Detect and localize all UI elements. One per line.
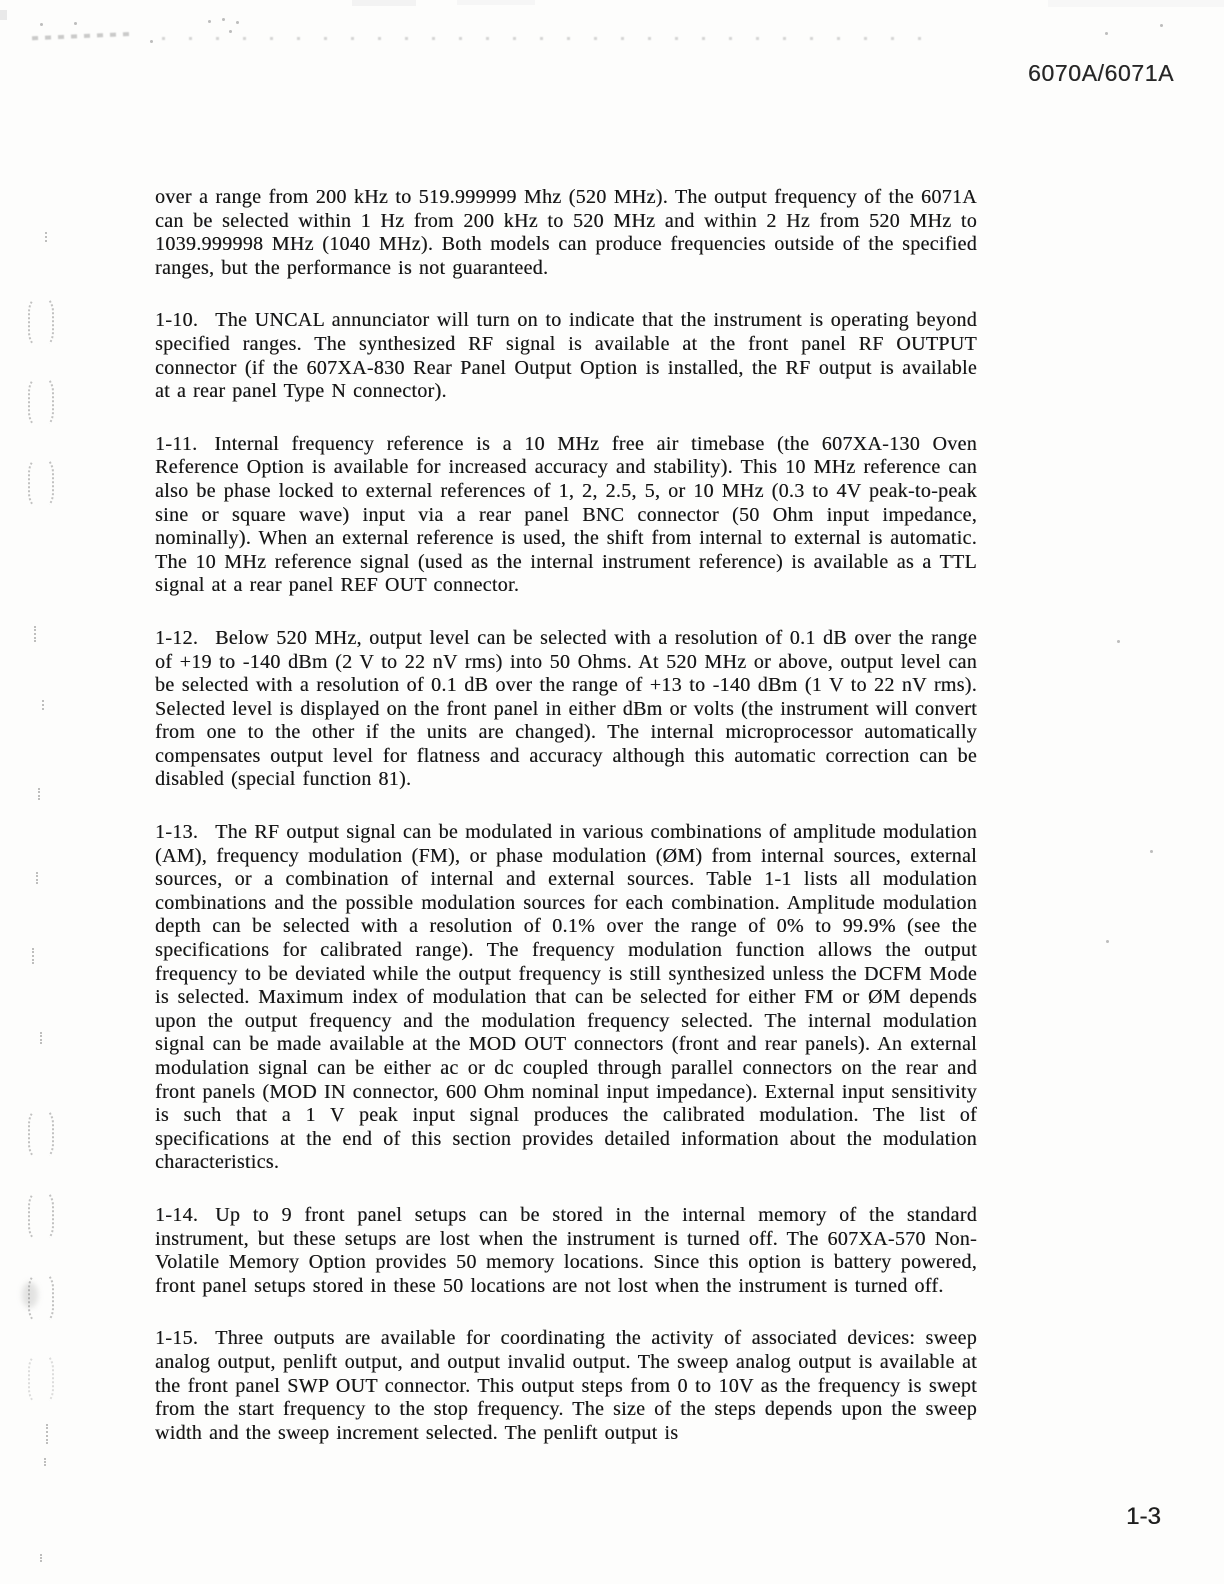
paragraph-text: Three outputs are available for coordina… [155, 1327, 977, 1443]
scan-artifact-speck [236, 21, 239, 24]
paragraph-text: The UNCAL annunciator will turn on to in… [155, 309, 977, 402]
paragraph-number: 1-14. [155, 1204, 198, 1226]
page-number: 1-3 [1126, 1503, 1161, 1531]
paragraph-1-12: 1-12.Below 520 MHz, output level can be … [155, 627, 977, 792]
scan-artifact-edgeband [457, 0, 535, 5]
paragraph-text: over a range from 200 kHz to 519.999999 … [155, 186, 977, 279]
scan-artifact-binder-mark [28, 457, 54, 509]
scan-artifact-tick [40, 1554, 42, 1562]
scan-artifact-binder-mark [28, 296, 54, 348]
paragraph-1-11: 1-11.Internal frequency reference is a 1… [155, 433, 977, 598]
paragraph-text: Up to 9 front panel setups can be stored… [155, 1204, 977, 1297]
scan-artifact-blob [22, 1282, 38, 1308]
scan-artifact-binder-mark [28, 376, 54, 428]
scan-artifact-speck [229, 30, 232, 33]
scan-artifact-speck [74, 22, 77, 25]
paragraph-number: 1-12. [155, 627, 198, 649]
scan-artifact-speck [208, 20, 211, 23]
scan-artifact-tick [45, 232, 47, 242]
paragraph-text: Internal frequency reference is a 10 MHz… [155, 433, 977, 597]
scan-artifact-edgeband [0, 10, 7, 20]
paragraph-intro: over a range from 200 kHz to 519.999999 … [155, 186, 977, 280]
scan-artifact-speck [1106, 940, 1109, 943]
scan-artifact-tick [32, 948, 34, 964]
scan-artifact-speck [222, 18, 225, 21]
scan-artifact-dotted-line [162, 37, 934, 40]
paragraph-1-10: 1-10.The UNCAL annunciator will turn on … [155, 309, 977, 403]
scan-artifact-tick [46, 1424, 48, 1444]
scan-artifact-binder-mark [28, 1353, 54, 1405]
paragraph-1-15: 1-15.Three outputs are available for coo… [155, 1327, 977, 1445]
scan-artifact-tick [42, 700, 44, 710]
scan-artifact-speck [1150, 850, 1153, 853]
paragraph-number: 1-15. [155, 1327, 198, 1349]
scan-artifact-tick [36, 872, 38, 884]
scan-artifact-speck [150, 40, 153, 43]
paragraph-number: 1-11. [155, 433, 197, 455]
scan-artifact-speck [1105, 32, 1108, 35]
header-model-number: 6070A/6071A [1028, 60, 1174, 87]
scan-artifact-tick [44, 1458, 46, 1466]
scan-artifact-binder-mark [28, 1190, 54, 1242]
scan-artifact-speck [1117, 640, 1120, 643]
paragraph-1-14: 1-14.Up to 9 front panel setups can be s… [155, 1204, 977, 1298]
paragraph-number: 1-10. [155, 309, 198, 331]
scan-artifact-binder-mark [28, 1108, 54, 1160]
scan-artifact-speck [1160, 24, 1163, 27]
scan-artifact-tick [38, 788, 40, 800]
scan-artifact-edgeband [352, 0, 416, 6]
scan-artifact-tick [34, 626, 36, 642]
paragraph-number: 1-13. [155, 821, 198, 843]
scanned-manual-page: 6070A/6071A over a range from 200 kHz to… [0, 0, 1224, 1584]
paragraph-text: The RF output signal can be modulated in… [155, 821, 977, 1173]
scan-artifact-tick [40, 1032, 42, 1044]
paragraph-1-13: 1-13.The RF output signal can be modulat… [155, 821, 977, 1175]
body-text-block: over a range from 200 kHz to 519.999999 … [155, 186, 977, 1474]
scan-artifact-smudge [32, 32, 136, 41]
paragraph-text: Below 520 MHz, output level can be selec… [155, 627, 977, 791]
scan-artifact-edgeband [1048, 0, 1224, 7]
scan-artifact-speck [40, 23, 43, 26]
